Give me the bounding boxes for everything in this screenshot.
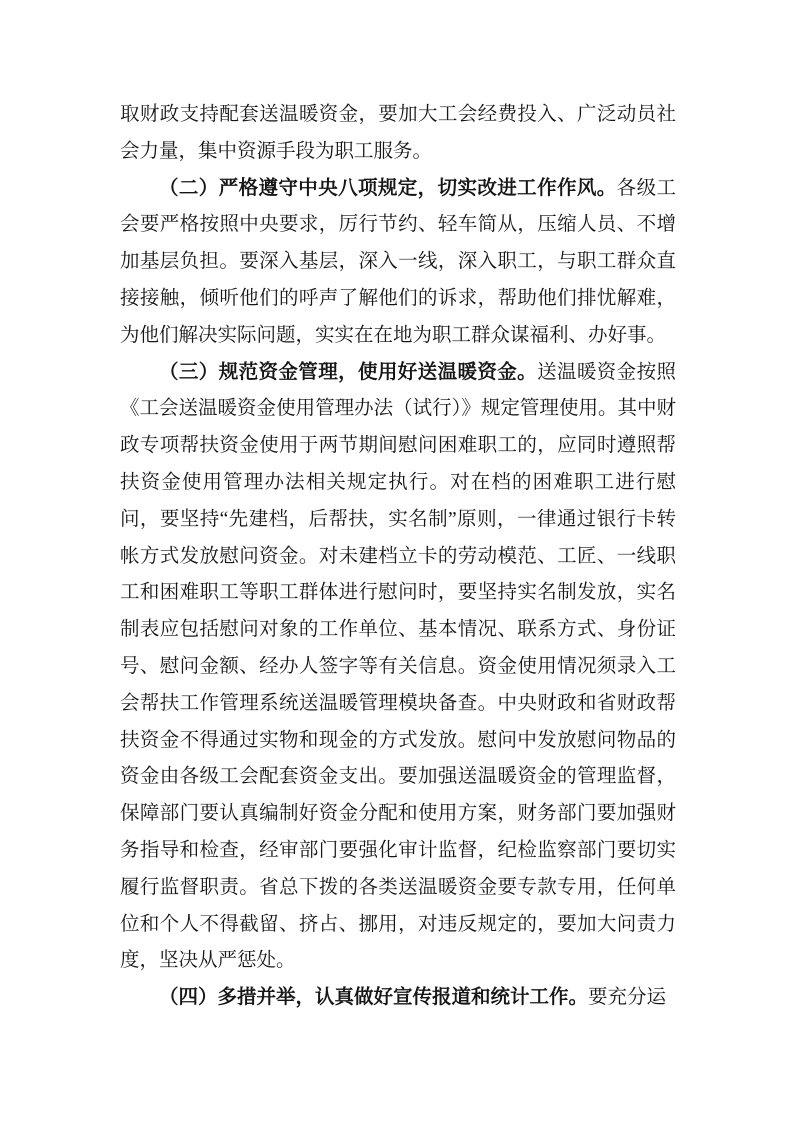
section-heading-text: （三）规范资金管理，使用好送温暖资金。 — [159, 362, 537, 383]
paragraph-text: 要充分运 — [588, 987, 666, 1008]
section-heading-text: （二）严格遵守中央八项规定，切实改进工作作风。 — [159, 178, 617, 199]
document-page: 取财政支持配套送温暖资金，要加大工会经费投入、广泛动员社会力量，集中资源手段为职… — [0, 0, 793, 1122]
paragraph: （四）多措并举，认真做好宣传报道和统计工作。要充分运 — [120, 980, 676, 1017]
paragraph: 取财政支持配套送温暖资金，要加大工会经费投入、广泛动员社会力量，集中资源手段为职… — [120, 97, 676, 171]
paragraph-text: 送温暖资金按照《工会送温暖资金使用管理办法（试行）》规定管理使用。其中财政专项帮… — [120, 362, 676, 972]
section-heading-text: （四）多措并举，认真做好宣传报道和统计工作。 — [159, 987, 588, 1008]
document-body: 取财政支持配套送温暖资金，要加大工会经费投入、广泛动员社会力量，集中资源手段为职… — [120, 97, 676, 1017]
paragraph-text: 取财政支持配套送温暖资金，要加大工会经费投入、广泛动员社会力量，集中资源手段为职… — [120, 104, 676, 162]
paragraph: （二）严格遵守中央八项规定，切实改进工作作风。各级工会要严格按照中央要求，厉行节… — [120, 171, 676, 355]
paragraph: （三）规范资金管理，使用好送温暖资金。送温暖资金按照《工会送温暖资金使用管理办法… — [120, 355, 676, 981]
paragraph-text: 各级工会要严格按照中央要求，厉行节约、轻车简从，压缩人员、不增加基层负担。要深入… — [120, 178, 676, 346]
